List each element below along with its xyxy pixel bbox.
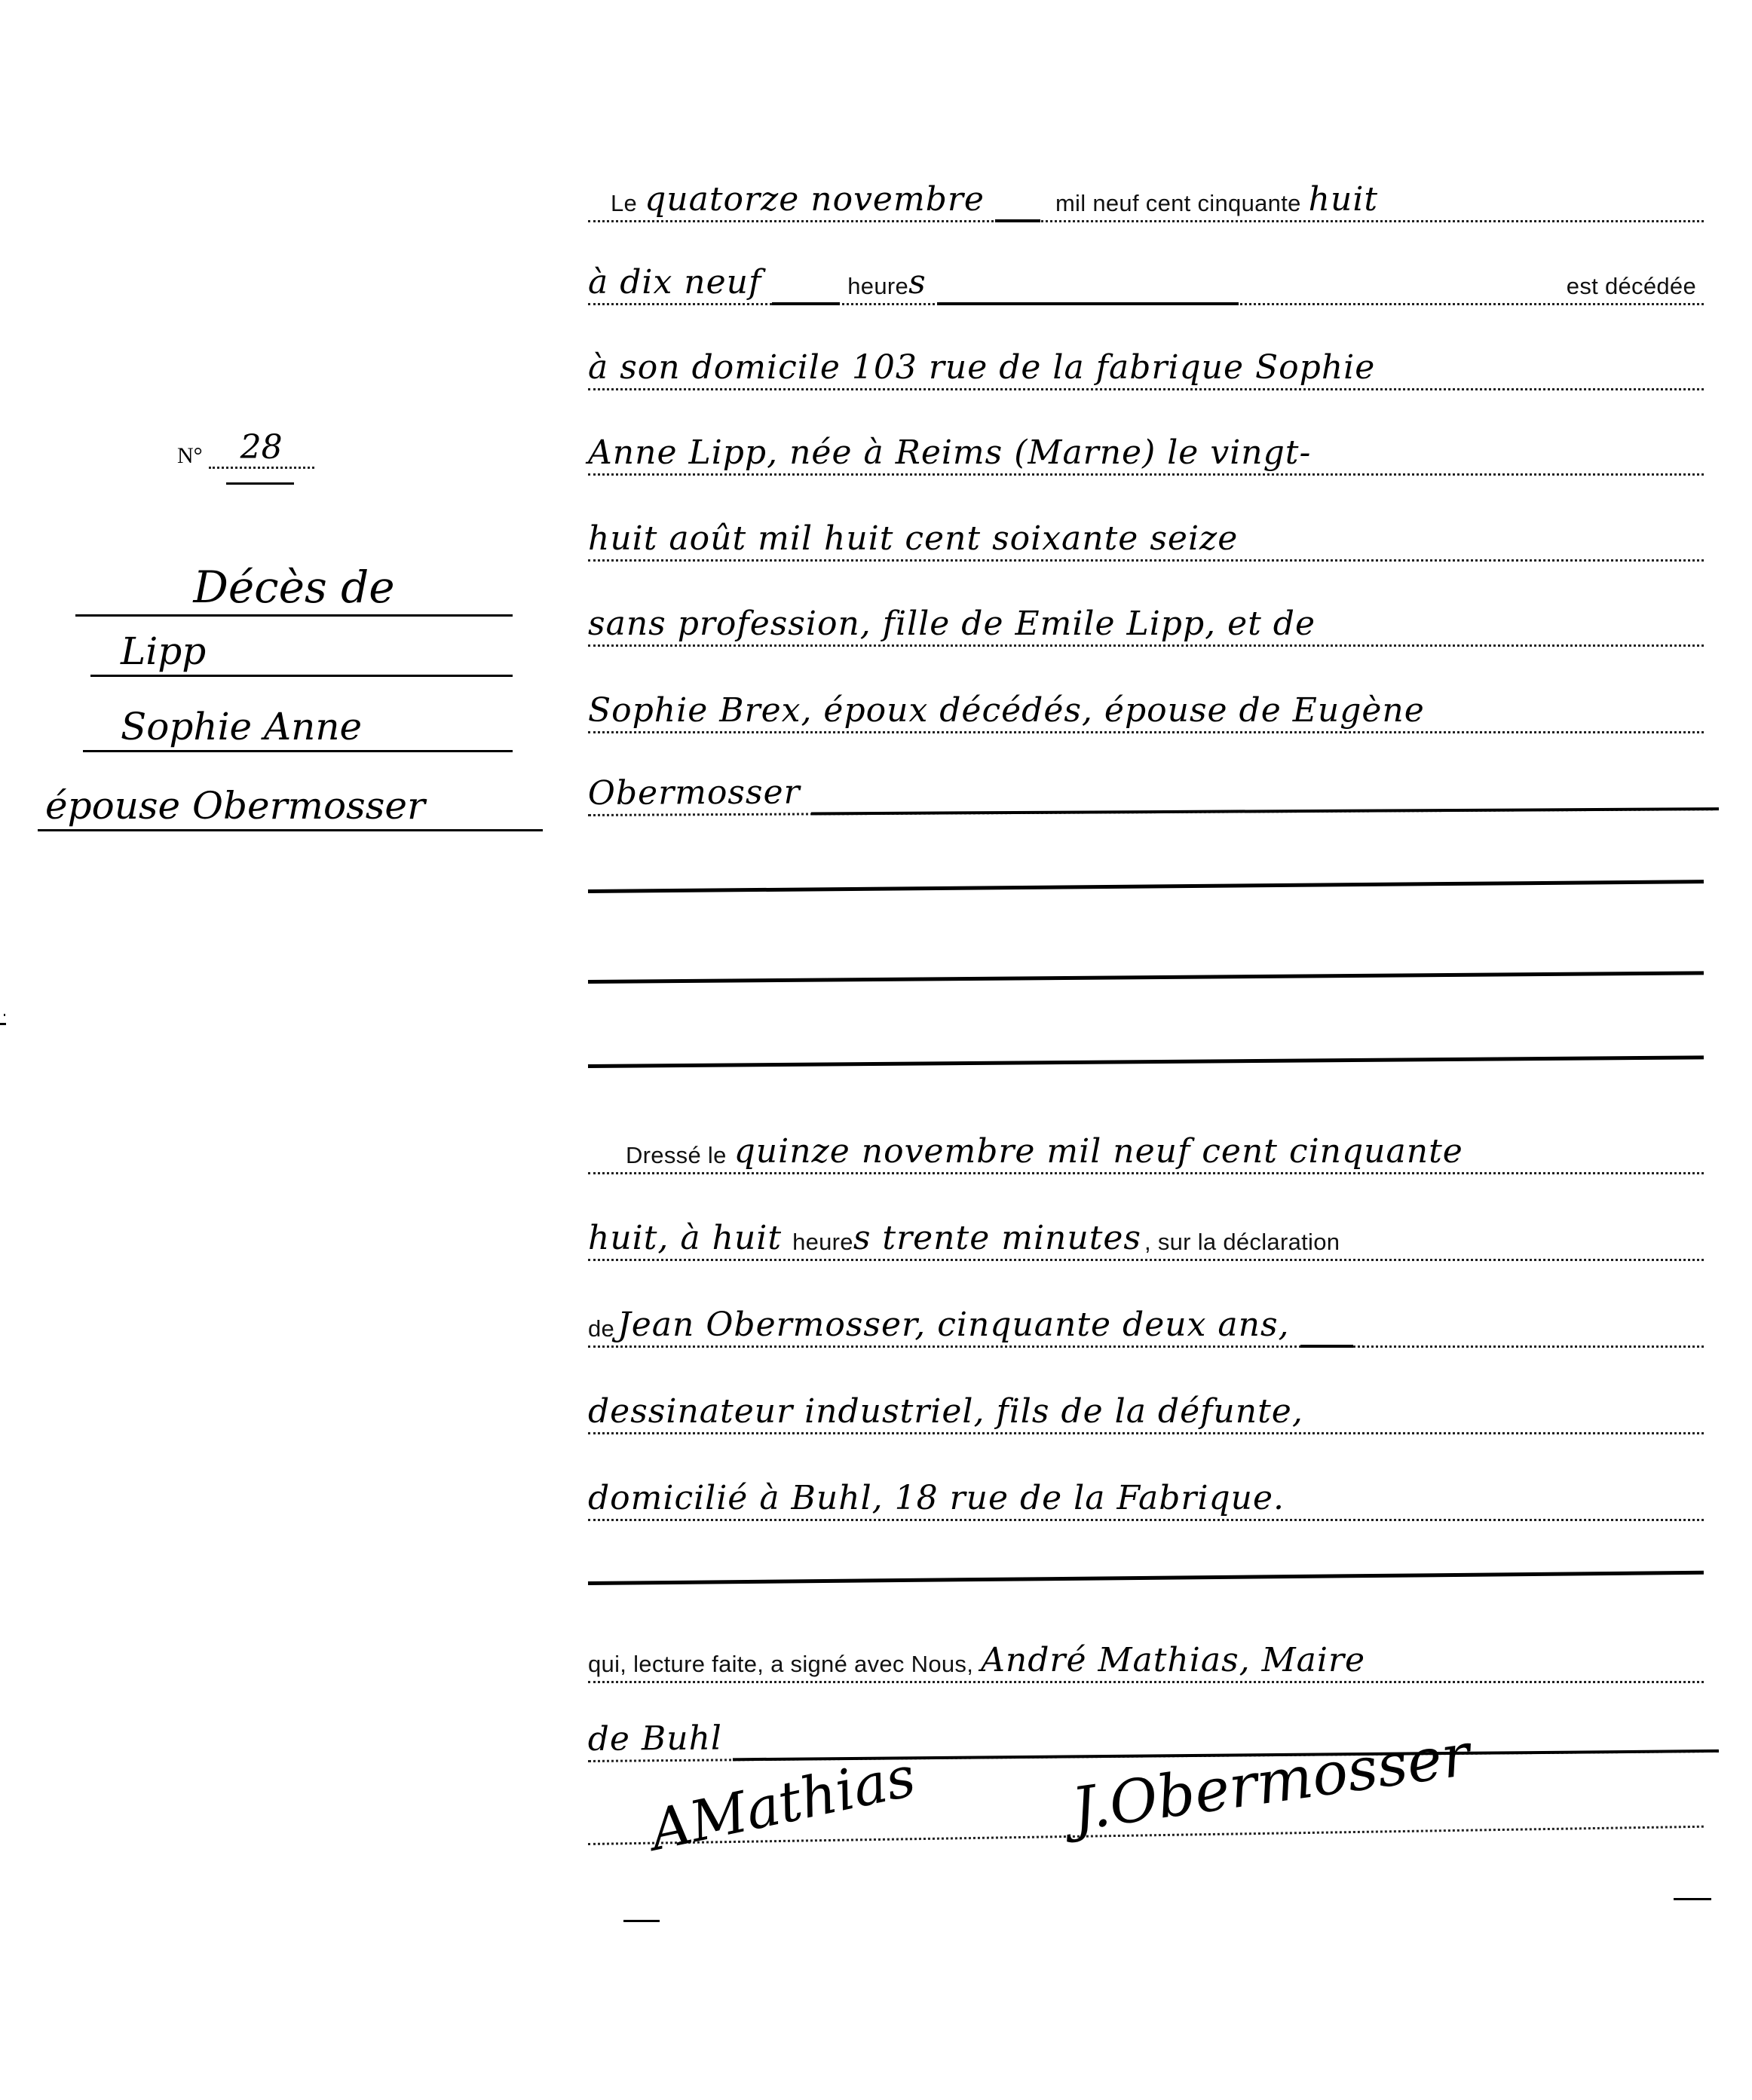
act-line-6: sans profession, fille de Emile Lipp, et…	[588, 592, 1704, 647]
drawn-dresse-le-label: Dressé le	[626, 1142, 727, 1169]
act-place-of-death: à son domicile 103 rue de la fabrique So…	[588, 348, 1375, 387]
act-line-5: huit août mil huit cent soixante seize	[588, 507, 1704, 562]
drawn-date: quinze novembre mil neuf cent cinquante	[734, 1132, 1463, 1171]
drawn-minutes: s trente minutes	[853, 1219, 1141, 1257]
signature-underline	[1674, 1898, 1711, 1900]
drawn-declaration-label: , sur la déclaration	[1144, 1229, 1340, 1256]
margin-title-line-2: Lipp	[90, 629, 513, 677]
act-line-2: à dix neuf heure s est décédée	[588, 250, 1704, 305]
blank-rule	[588, 971, 1704, 984]
act-heure-suffix: s	[908, 263, 927, 302]
act-parents-father: sans profession, fille de Emile Lipp, et…	[588, 605, 1316, 643]
act-deceased-label: est décédée	[1567, 273, 1696, 300]
act-parents-mother-spouse: Sophie Brex, époux décédés, épouse de Eu…	[588, 691, 1425, 730]
drawn-line-5: domicilié à Buhl, 18 rue de la Fabrique.	[588, 1466, 1704, 1521]
drawn-line-1: Dressé le quinze novembre mil neuf cent …	[588, 1119, 1704, 1174]
entry-number-label: N°	[177, 443, 203, 469]
act-le-label: Le	[611, 190, 637, 217]
margin-title-line-4: épouse Obermosser	[38, 784, 543, 831]
closing-mayor-name: André Mathias, Maire	[981, 1641, 1365, 1679]
act-line-1: Le quatorze novembre mil neuf cent cinqu…	[588, 167, 1704, 222]
closing-line-2: de Buhl	[587, 1697, 1719, 1762]
act-death-day-month: quatorze novembre	[645, 180, 985, 219]
signature-underline	[623, 1920, 660, 1922]
drawn-declarant-address: domicilié à Buhl, 18 rue de la Fabrique.	[588, 1479, 1285, 1517]
drawn-declarant: Jean Obermosser, cinquante deux ans,	[617, 1306, 1289, 1344]
drawn-declarant-occupation: dessinateur industriel, fils de la défun…	[588, 1392, 1303, 1431]
act-line-4: Anne Lipp, née à Reims (Marne) le vingt-	[588, 421, 1704, 476]
act-year-label: mil neuf cent cinquante	[1055, 190, 1301, 217]
scan-speck	[4, 1014, 5, 1016]
drawn-year-hour: huit, à huit	[588, 1219, 782, 1257]
blank-rule	[588, 880, 1704, 893]
act-spouse-surname: Obermosser	[588, 773, 801, 813]
fill-rule	[811, 807, 1719, 815]
fill-rule	[772, 302, 840, 305]
act-heure-label: heure	[847, 273, 908, 300]
closing-line-1: qui, lecture faite, a signé avec Nous, A…	[588, 1628, 1704, 1683]
signature-mayor: AMathias	[645, 1744, 921, 1863]
margin-title-given-names: Sophie Anne	[121, 705, 362, 748]
fill-rule	[995, 219, 1040, 222]
drawn-heure-label: heure	[792, 1229, 853, 1256]
margin-title-line-3: Sophie Anne	[83, 705, 513, 752]
entry-number: N° 28	[177, 428, 314, 469]
blank-rule	[588, 1055, 1704, 1068]
closing-signed-label: qui, lecture faite, a signé avec Nous,	[588, 1651, 973, 1678]
drawn-line-3: de Jean Obermosser, cinquante deux ans,	[588, 1293, 1704, 1348]
margin-title-line-1: Décès de	[75, 562, 513, 617]
entry-number-value: 28	[209, 428, 314, 469]
act-line-8: Obermosser	[588, 755, 1719, 816]
drawn-de-label: de	[588, 1315, 614, 1342]
act-line-7: Sophie Brex, époux décédés, épouse de Eu…	[588, 678, 1704, 733]
act-death-year: huit	[1309, 180, 1378, 219]
scan-speck	[0, 1023, 6, 1025]
margin-title-deces: Décès de	[193, 562, 394, 613]
fill-rule	[937, 302, 1239, 305]
act-line-3: à son domicile 103 rue de la fabrique So…	[588, 335, 1704, 390]
closing-commune: de Buhl	[588, 1719, 723, 1759]
blank-rule	[588, 1571, 1704, 1585]
act-death-hour: à dix neuf	[588, 263, 761, 302]
act-birth-date: huit août mil huit cent soixante seize	[588, 519, 1238, 558]
fill-rule	[1300, 1345, 1353, 1348]
drawn-line-4: dessinateur industriel, fils de la défun…	[588, 1379, 1704, 1434]
act-birth-place: Anne Lipp, née à Reims (Marne) le vingt-	[588, 433, 1311, 472]
margin-title-surname: Lipp	[121, 629, 206, 673]
margin-title-spouse: épouse Obermosser	[45, 784, 425, 828]
entry-number-rule	[226, 482, 294, 485]
drawn-line-2: huit, à huit heure s trente minutes , su…	[588, 1206, 1704, 1261]
